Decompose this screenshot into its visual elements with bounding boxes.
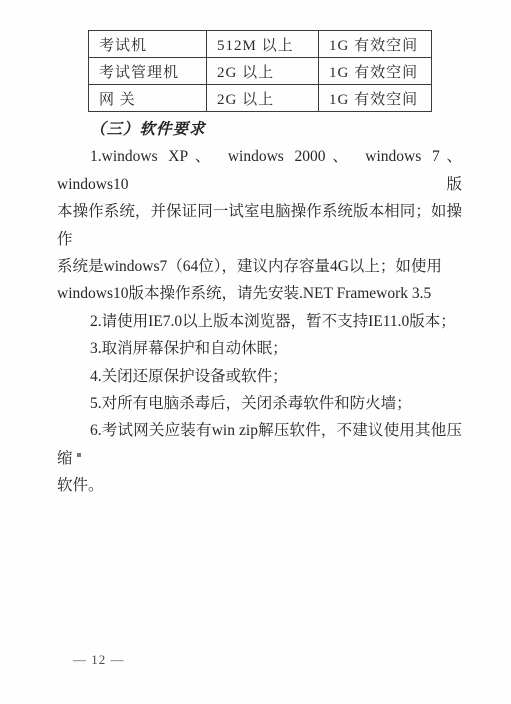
body-text: （三）软件要求 1.windows XP、 windows 2000、 wind… — [57, 116, 462, 500]
table-cell-memory: 512M 以上 — [207, 31, 319, 58]
table-cell-device: 网 关 — [89, 85, 207, 112]
list-item-line: 软件。 — [57, 472, 462, 499]
paragraph-line: windows10版本操作系统，请先安装.NET Framework 3.5 — [57, 280, 462, 307]
scanned-document-page: 考试机 512M 以上 1G 有效空间 考试管理机 2G 以上 1G 有效空间 … — [0, 0, 511, 704]
list-item-line: 4.关闭还原保护设备或软件； — [57, 363, 462, 390]
section-heading: （三）软件要求 — [57, 116, 462, 143]
paragraph-line: 本操作系统，并保证同一试室电脑操作系统版本相同；如操作 — [57, 198, 462, 253]
table-cell-disk: 1G 有效空间 — [319, 85, 432, 112]
scan-speck-artifact — [77, 453, 81, 457]
list-item-line: 6.考试网关应装有win zip解压软件，不建议使用其他压缩 — [57, 417, 462, 472]
list-item-line: 3.取消屏幕保护和自动休眠； — [57, 335, 462, 362]
table-row: 考试管理机 2G 以上 1G 有效空间 — [89, 58, 432, 85]
paragraph-line: 1.windows XP、 windows 2000、 windows 7、 w… — [57, 143, 462, 198]
table-row: 考试机 512M 以上 1G 有效空间 — [89, 31, 432, 58]
table-cell-device: 考试管理机 — [89, 58, 207, 85]
table-cell-disk: 1G 有效空间 — [319, 58, 432, 85]
table-cell-device: 考试机 — [89, 31, 207, 58]
hardware-spec-table: 考试机 512M 以上 1G 有效空间 考试管理机 2G 以上 1G 有效空间 … — [88, 30, 432, 112]
page-number: — 12 — — [73, 652, 125, 668]
list-item-line: 5.对所有电脑杀毒后，关闭杀毒软件和防火墙； — [57, 390, 462, 417]
list-item-line: 2.请使用IE7.0以上版本浏览器，暂不支持IE11.0版本； — [57, 308, 462, 335]
table-cell-disk: 1G 有效空间 — [319, 31, 432, 58]
table-cell-memory: 2G 以上 — [207, 85, 319, 112]
table-cell-memory: 2G 以上 — [207, 58, 319, 85]
paragraph-line: 系统是windows7（64位），建议内存容量4G以上；如使用 — [57, 253, 462, 280]
table-row: 网 关 2G 以上 1G 有效空间 — [89, 85, 432, 112]
